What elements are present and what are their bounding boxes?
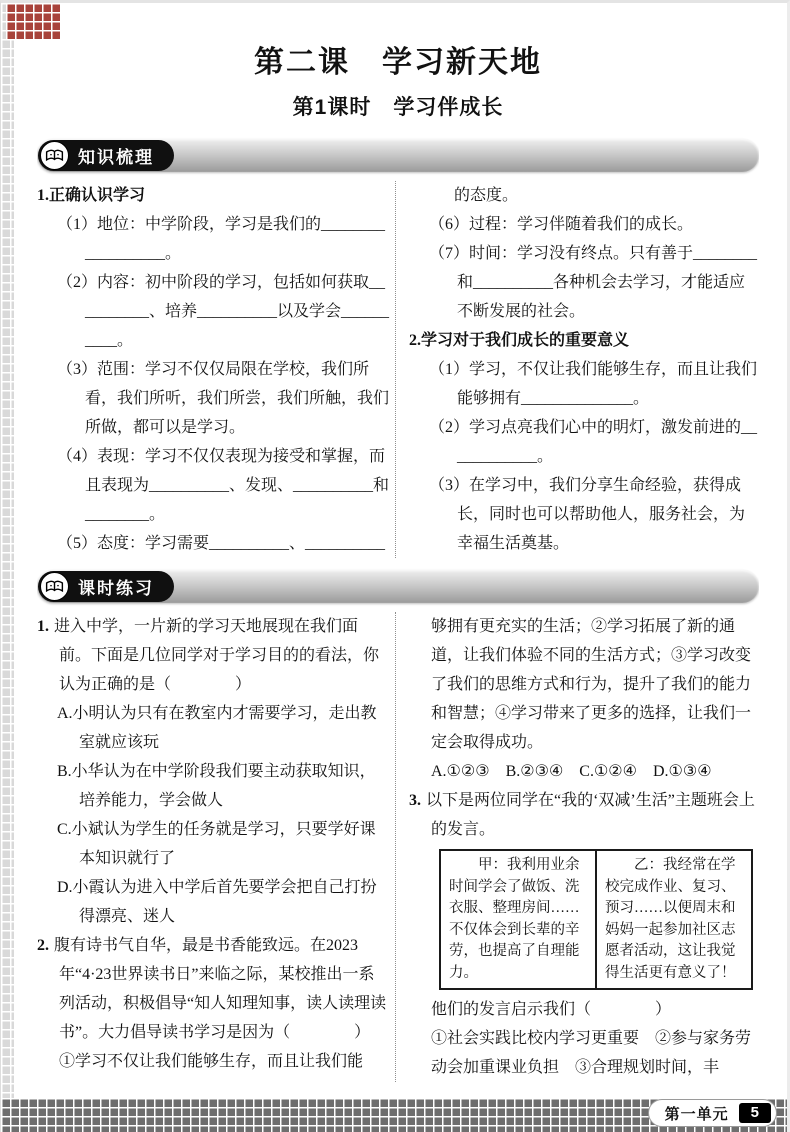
knowledge-right-column: 的态度。（6）过程：学习伴随着我们的成长。（7）时间：学习没有终点。只有善于__…	[395, 181, 759, 558]
speaker-jia-box: 甲：我利用业余时间学会了做饭、洗衣服、整理房间……不仅体会到长辈的辛劳，也提高了…	[439, 849, 597, 990]
knowledge-columns: 1.正确认识学习（1）地位：中学阶段，学习是我们的_______________…	[37, 181, 759, 558]
text-item: 够拥有更充实的生活；②学习拓展了新的通道，让我们体验不同的生活方式；③学习改变了…	[409, 612, 759, 757]
question-item: 1.进入中学，一片新的学习天地展现在我们面前。下面是几位同学对于学习目的的看法，…	[37, 612, 389, 699]
reading-mascot-icon	[40, 572, 69, 601]
text-item: A.①②③ B.②③④ C.①②④ D.①③④	[409, 757, 759, 786]
text-item: （2）学习点亮我们心中的明灯，激发前进的____________。	[409, 413, 759, 471]
section-header-knowledge: 知识梳理	[37, 139, 759, 172]
left-border-pattern	[1, 3, 14, 1132]
unit-label: 第一单元	[665, 1103, 729, 1124]
practice-left-column: 1.进入中学，一片新的学习天地展现在我们面前。下面是几位同学对于学习目的的看法，…	[37, 612, 395, 1082]
lesson-title: 第二课 学习新天地	[37, 47, 759, 79]
text-item: 2.学习对于我们成长的重要意义	[409, 326, 759, 355]
speaker-yi-box: 乙：我经常在学校完成作业、复习、预习……以便周末和妈妈一起参加社区志愿者活动，这…	[595, 849, 753, 990]
text-item: （4）表现：学习不仅仅表现为接受和掌握，而且表现为__________、发现、_…	[37, 442, 389, 529]
page-number: 5	[739, 1103, 771, 1123]
text-item: 的态度。	[409, 181, 759, 210]
reading-mascot-icon	[40, 141, 69, 170]
text-item: （3）在学习中，我们分享生命经验，获得成长，同时也可以帮助他人，服务社会，为幸福…	[409, 471, 759, 558]
practice-right-bottom: 他们的发言启示我们（ ）①社会实践比校内学习更重要 ②参与家务劳动会加重课业负担…	[409, 995, 759, 1082]
section-header-practice: 课时练习	[37, 570, 759, 603]
text-item: ①社会实践比校内学习更重要 ②参与家务劳动会加重课业负担 ③合理规划时间，丰	[409, 1024, 759, 1082]
question-item: 3.以下是两位同学在“我的‘双减’生活”主题班会上的发言。	[409, 786, 759, 844]
practice-right-top: 够拥有更充实的生活；②学习拓展了新的通道，让我们体验不同的生活方式；③学习改变了…	[409, 612, 759, 844]
text-item: 他们的发言启示我们（ ）	[409, 995, 759, 1024]
text-item: A.小明认为只有在教室内才需要学习，走出教室就应该玩	[37, 699, 389, 757]
section-header-pill: 课时练习	[38, 571, 174, 602]
bottom-border-pattern: 第一单元 5	[1, 1098, 787, 1132]
footer-unit-badge: 第一单元 5	[648, 1099, 777, 1127]
text-item: （7）时间：学习没有终点。只有善于________和__________各种机会…	[409, 239, 759, 326]
section-title-practice: 课时练习	[78, 574, 154, 599]
text-item: （3）范围：学习不仅仅局限在学校，我们所看，我们所听，我们所尝，我们所触，我们所…	[37, 355, 389, 442]
text-item: D.小霞认为进入中学后首先要学会把自己打扮得漂亮、迷人	[37, 873, 389, 931]
text-item: 1.正确认识学习	[37, 181, 389, 210]
text-item: （5）态度：学习需要__________、__________	[37, 529, 389, 558]
text-item: C.小斌认为学生的任务就是学习，只要学好课本知识就行了	[37, 815, 389, 873]
knowledge-left-column: 1.正确认识学习（1）地位：中学阶段，学习是我们的_______________…	[37, 181, 395, 558]
text-item: （2）内容：初中阶段的学习，包括如何获取__________、培养_______…	[37, 268, 389, 355]
period-title: 第1课时 学习伴成长	[37, 96, 759, 119]
practice-right-column: 够拥有更充实的生活；②学习拓展了新的通道，让我们体验不同的生活方式；③学习改变了…	[395, 612, 759, 1082]
question-item: 2.腹有诗书气自华，最是书香能致远。在2023年“4·23世界读书日”来临之际，…	[37, 931, 389, 1047]
workbook-page: 第二课 学习新天地 第1课时 学习伴成长 知识梳理 1.正确认识学习（1）地位：…	[0, 0, 790, 1132]
text-item: （1）学习，不仅让我们能够生存，而且让我们能够拥有______________。	[409, 355, 759, 413]
practice-columns: 1.进入中学，一片新的学习天地展现在我们面前。下面是几位同学对于学习目的的看法，…	[37, 612, 759, 1082]
speech-boxes: 甲：我利用业余时间学会了做饭、洗衣服、整理房间……不仅体会到长辈的辛劳，也提高了…	[439, 849, 755, 990]
text-item: ①学习不仅让我们能够生存，而且让我们能	[37, 1047, 389, 1076]
text-item: B.小华认为在中学阶段我们要主动获取知识，培养能力，学会做人	[37, 757, 389, 815]
text-item: （1）地位：中学阶段，学习是我们的__________________。	[37, 210, 389, 268]
section-header-pill: 知识梳理	[38, 140, 174, 171]
text-item: （6）过程：学习伴随着我们的成长。	[409, 210, 759, 239]
section-title-knowledge: 知识梳理	[78, 143, 154, 168]
page-content: 第二课 学习新天地 第1课时 学习伴成长 知识梳理 1.正确认识学习（1）地位：…	[37, 3, 759, 1098]
